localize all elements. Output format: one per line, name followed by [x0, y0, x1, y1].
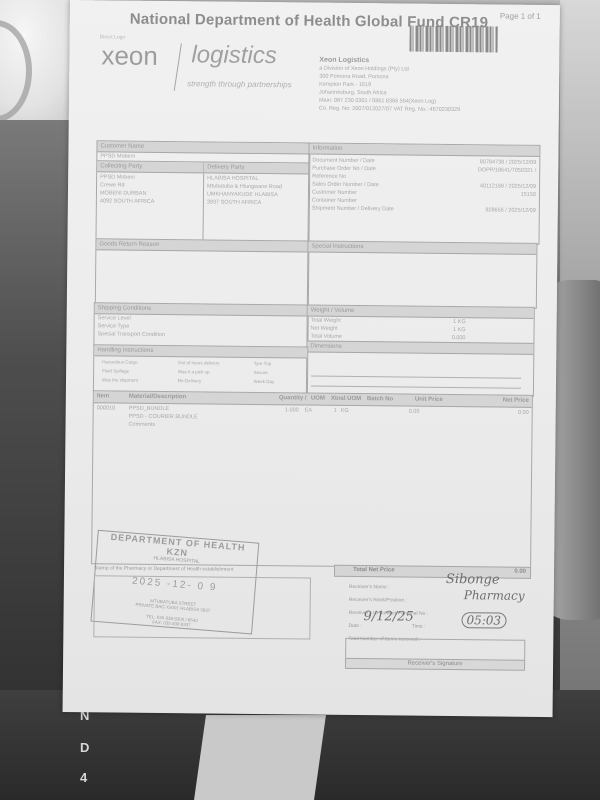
company-address: Xeon Logistics a Division of Xeon Holdin… — [319, 57, 461, 114]
material-comments: Comments — [129, 421, 249, 430]
handling-option: Tyre Trip — [254, 360, 300, 368]
receiver-rank-label: Receiver's Rank/Position : — [349, 594, 429, 608]
col-uom: UOM — [311, 395, 331, 404]
delivery-party-line: 3937 SOUTH AFRICA — [207, 198, 306, 207]
logo-brand-right: logistics — [191, 41, 277, 70]
background-cloth — [194, 715, 326, 800]
item-uom: EA — [305, 406, 325, 430]
item-quantity: 1.000 — [249, 406, 299, 431]
col-net-price: Net Price — [485, 396, 529, 405]
handling-option: Out of hours delivery — [178, 359, 254, 368]
logo-brand-left: xeon — [101, 40, 158, 72]
barcode — [409, 26, 497, 53]
total-net-price-row: Total Net Price 0.00 — [334, 565, 531, 579]
special-instructions-section: Special Instructions — [307, 241, 538, 309]
delivery-party: Delivery Party HLABISA HOSPITAL Mtubatub… — [203, 162, 309, 241]
item-unit-price: 0.00 — [408, 408, 478, 433]
receiver-date-handwritten: 9/12/25 — [363, 609, 413, 625]
receiver-date-label: Date : — [348, 623, 361, 629]
dimensions-label: Dimensions — [307, 341, 533, 355]
item-net-price: 0.00 — [478, 408, 528, 433]
delivery-document: National Department of Health Global Fun… — [63, 0, 560, 717]
handling-option: Re-Delivery — [178, 377, 254, 386]
col-xtnsl-uom: Xtnsl UOM — [331, 395, 367, 404]
handling-section: Handling Instructions Hazardous Cargo Ou… — [93, 344, 308, 394]
logo-separator — [174, 43, 182, 91]
table-row: 000010 PPSD_BUNDLE PPSD - COURIER BUNDLE… — [94, 403, 532, 434]
receiver-name-label: Receiver's Name : — [349, 581, 429, 595]
collecting-party: Collecting Party PPSD Mobeni Crewe Rd MO… — [96, 161, 204, 240]
col-material: Material/Description — [129, 393, 279, 404]
total-net-price-value: 0.00 — [514, 569, 526, 575]
logo-tagline: strength through partnerships — [187, 79, 292, 89]
item-xtnsl-qty: 1 — [325, 407, 337, 431]
goods-return-label: Goods Return Reason — [96, 239, 308, 252]
collecting-party-line: 4092 SOUTH AFRICA — [100, 197, 200, 206]
page-number: Page 1 of 1 — [500, 12, 541, 21]
blank-line — [311, 376, 521, 379]
special-instructions-label: Special Instructions — [308, 242, 536, 255]
gear-label-4: 4 — [80, 770, 87, 785]
total-net-price-label: Total Net Price — [353, 567, 395, 573]
receiver-signature-label: Receiver's Signature — [346, 659, 524, 670]
blank-line — [311, 386, 521, 389]
handling-option: Secure — [254, 369, 300, 377]
goods-return-section: Goods Return Reason — [95, 238, 310, 306]
gear-label-d: D — [80, 740, 89, 755]
receiver-time-label: Time : — [412, 624, 426, 630]
weight-volume-section: Weight / Volume Total Weight1 KG Net Wei… — [306, 304, 535, 396]
col-batch: Batch No — [367, 395, 415, 405]
col-unit-price: Unit Price — [415, 396, 485, 406]
item-xtnsl-uom: KG — [341, 407, 361, 431]
stamp-box — [93, 575, 311, 639]
handling-option: Fluid Spillage — [102, 367, 178, 376]
col-item: Item — [97, 392, 129, 401]
handling-option: Week Day — [253, 378, 299, 386]
customer-section: Customer Name PPSD Mobeni Collecting Par… — [95, 140, 310, 242]
company-line: Co. Reg. No: 2007/012027/07 VAT Reg. No.… — [319, 105, 460, 114]
receiver-signature-row: Receiver's Signature — [345, 658, 525, 671]
col-quantity: Quantity / — [279, 394, 311, 403]
info-row: Shipment Number / Delivery Date928656 / … — [309, 205, 539, 215]
shipping-row: Special Transport Condition — [97, 330, 304, 340]
shipping-conditions-section: Shipping Conditions Service Level Servic… — [93, 302, 308, 348]
item-batch — [361, 407, 409, 432]
information-section: Information Document Number / Date807847… — [307, 143, 540, 245]
receiver-time-handwritten: 05:03 — [461, 612, 506, 628]
receiver-rank-handwritten: Pharmacy — [464, 588, 525, 603]
handling-option: Was the shipment — [102, 376, 178, 385]
handling-option: Was it a pick up — [178, 368, 254, 377]
receiver-name-handwritten: Sibonge — [446, 572, 500, 588]
handling-option: Hazardous Cargo — [102, 358, 178, 367]
